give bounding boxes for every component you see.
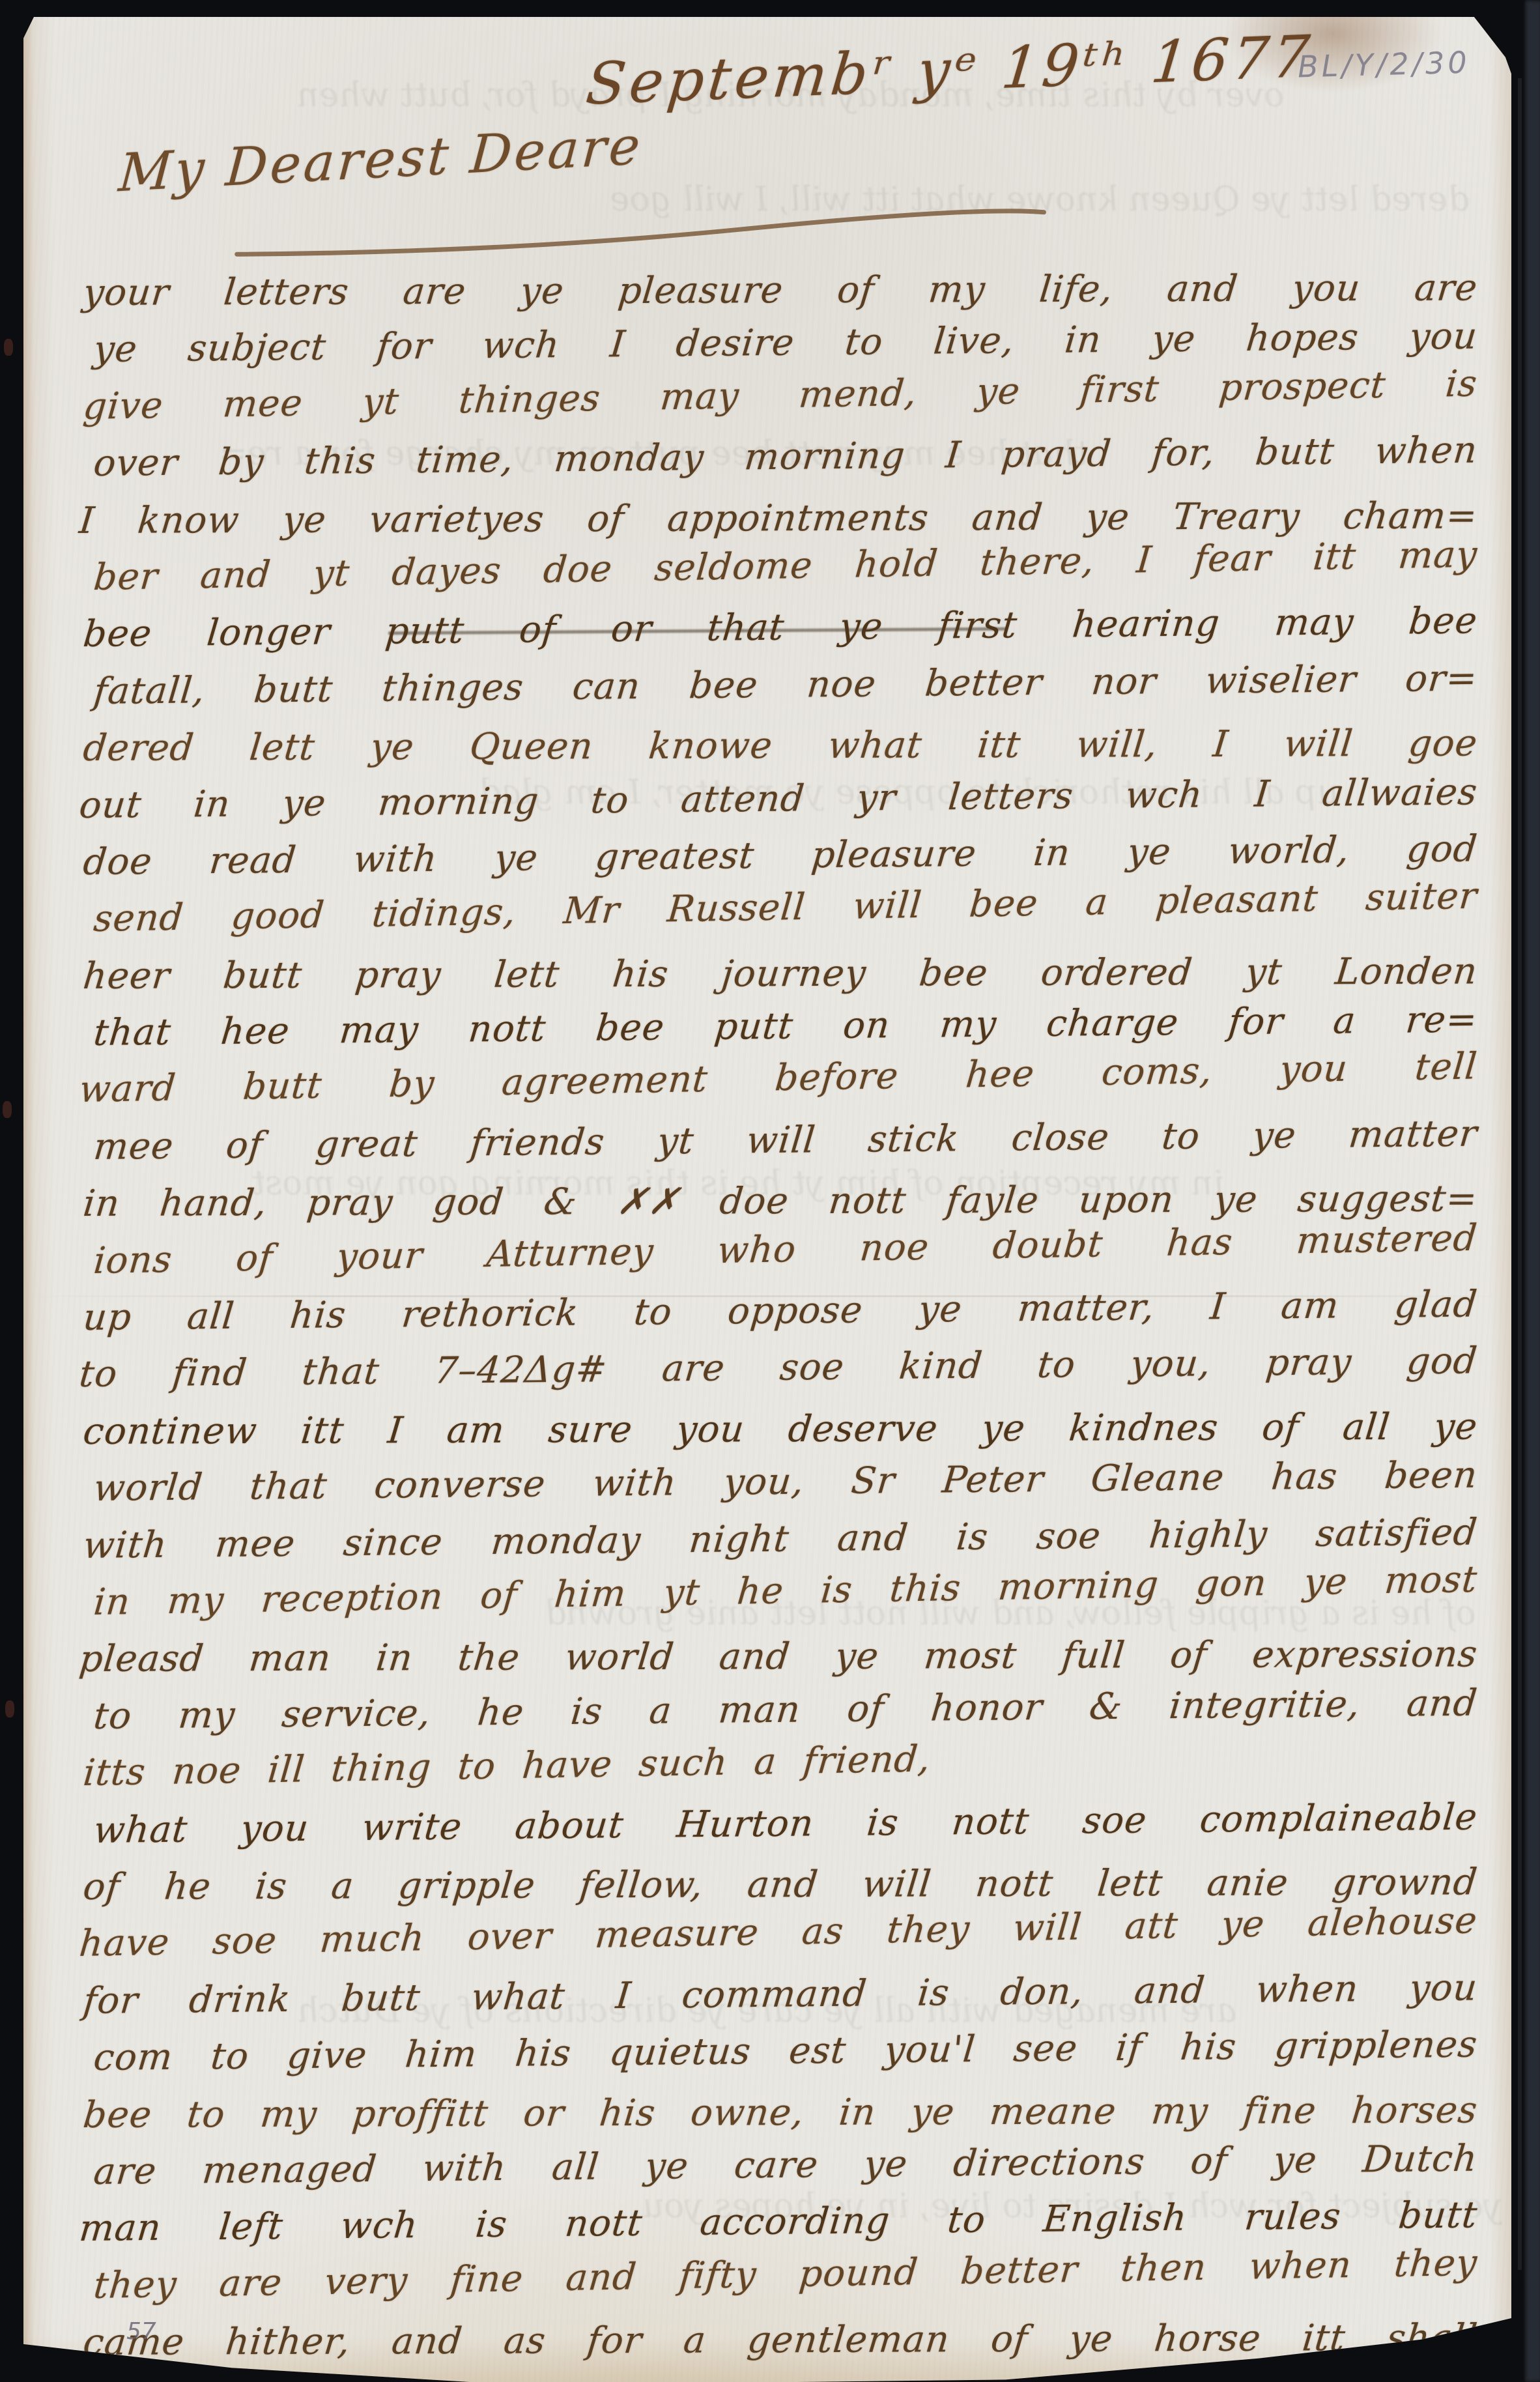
folio-number: 57 — [126, 2318, 156, 2345]
archive-reference: BL/Y/2/30 — [1297, 45, 1470, 85]
salutation: My Dearest Deare — [117, 115, 644, 204]
binding-edge — [1523, 0, 1540, 2382]
mount-mark — [3, 1101, 12, 1118]
letter-line: mee of great friends yt will stick close… — [91, 1105, 1480, 1175]
letter-line: came hither, and as for a gentleman of y… — [81, 2310, 1481, 2372]
letter-page: over by this time, monday morning I pray… — [23, 17, 1511, 2382]
letter-line: what you write about Hurton is nott soe … — [91, 1788, 1480, 1859]
letter-line: to find that 7–42Δg# are soe kind to you… — [77, 1333, 1480, 1403]
adjacent-page-edge — [1518, 78, 1522, 2270]
letter-body: your letters are ye pleasure of my life,… — [83, 265, 1477, 2371]
mount-mark — [4, 339, 13, 356]
manuscript-scan: over by this time, monday morning I pray… — [0, 0, 1540, 2382]
letter-line: over by this time, monday morning I pray… — [91, 422, 1480, 493]
mount-mark — [5, 1700, 14, 1717]
